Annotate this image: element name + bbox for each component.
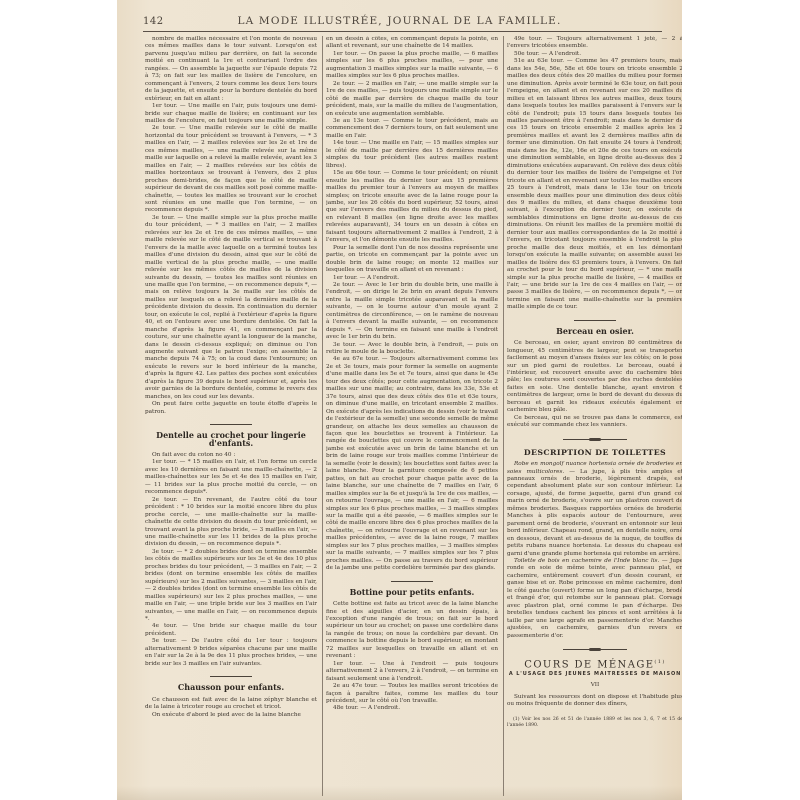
section-title-berceau: Berceau en osier. xyxy=(507,328,682,335)
section-divider xyxy=(391,581,433,582)
column-1: nombre de mailles nécessaire et l'on mon… xyxy=(145,36,317,796)
paragraph: 2e au 47e tour. — Toutes les mailles ser… xyxy=(326,683,498,705)
paragraph: Ce berceau, qui ne se trouve pas dans le… xyxy=(507,415,682,430)
paragraph: 2e tour. — 2 mailles en l'air, — une mai… xyxy=(326,81,498,118)
paragraph: 3e au 13e tour. — Comme le tour précéden… xyxy=(326,118,498,140)
paragraph: Ce berceau, en osier, ayant environ 80 c… xyxy=(507,340,682,415)
column-rule xyxy=(503,36,504,796)
paragraph: Ce chausson est fait avec de la laine zé… xyxy=(145,697,317,712)
section-number: VII xyxy=(507,682,682,689)
paragraph: 48e tour. — A l'endroit. xyxy=(326,705,498,712)
paragraph: On peut faire cette jaquette en toute ét… xyxy=(145,401,317,416)
text-columns: nombre de mailles nécessaire et l'on mon… xyxy=(145,36,663,796)
section-divider xyxy=(574,320,616,321)
paragraph: 2e tour. — Une maille relevée sur le côt… xyxy=(145,125,317,214)
paragraph: 1er tour. — * 15 mailles en l'air, et l'… xyxy=(145,459,317,496)
paragraph: Toilette de bois en cachemire de l'Inde … xyxy=(507,558,682,640)
column-2: en un dessin à côtes, en commençant depu… xyxy=(326,36,498,796)
paragraph: Cette bottine est faite au tricot avec d… xyxy=(326,601,498,661)
section-subtitle: A L'USAGE DES JEUNES MAITRESSES DE MAISO… xyxy=(507,671,682,678)
ornament-divider xyxy=(563,648,627,652)
paragraph: 50e tour. — A l'endroit. xyxy=(507,51,682,58)
italic-lead: Toilette de bois en cachemire de l'Inde … xyxy=(514,558,659,564)
paragraph: 51e au 63e tour. — Comme les 47 premiers… xyxy=(507,58,682,311)
header-rule xyxy=(143,31,662,32)
cours-title-text: COURS DE MÉNAGE xyxy=(524,659,654,670)
paragraph: 2e tour. — Avec le 1er brin du double br… xyxy=(326,282,498,342)
paragraph: 1er tour. — A l'endroit. xyxy=(326,275,498,282)
section-title-chausson: Chausson pour enfants. xyxy=(145,684,317,691)
paragraph: On fait avec du coton no 40 : xyxy=(145,452,317,459)
paragraph: 4e tour. — Une bride sur chaque maille d… xyxy=(145,623,317,638)
paragraph: 5e tour. — De l'autre côté du 1er tour :… xyxy=(145,638,317,668)
paragraph-text: — La jupe, à plis très amples et panneau… xyxy=(507,469,682,557)
paragraph: 14e tour. — Une maille en l'air, — 15 ma… xyxy=(326,140,498,170)
paragraph: 49e tour. — Toujours alternativement 1 j… xyxy=(507,36,682,51)
running-title: LA MODE ILLUSTRÉE, JOURNAL DE LA FAMILLE… xyxy=(117,15,682,27)
paragraph: 1er tour. — Une à l'endroit — puis toujo… xyxy=(326,661,498,683)
section-divider xyxy=(210,676,252,677)
ornament-divider xyxy=(563,438,627,442)
paragraph: 15e au 66e tour. — Comme le tour précéde… xyxy=(326,170,498,245)
section-title-toilettes: DESCRIPTION DE TOILETTES xyxy=(507,449,682,456)
newspaper-page: 142 LA MODE ILLUSTRÉE, JOURNAL DE LA FAM… xyxy=(117,0,682,800)
section-divider xyxy=(210,424,252,425)
section-title-cours: COURS DE MÉNAGE(1) xyxy=(507,659,682,669)
page-bottom-shadow xyxy=(117,786,682,800)
footnote-marker: (1) xyxy=(654,659,665,665)
paragraph: On exécute d'abord le pied avec de la la… xyxy=(145,712,317,719)
column-rule xyxy=(322,36,323,796)
paragraph: 3e tour. — Une maille simple sur la plus… xyxy=(145,215,317,401)
paragraph: nombre de mailles nécessaire et l'on mon… xyxy=(145,36,317,103)
column-3: 49e tour. — Toujours alternativement 1 j… xyxy=(507,36,682,796)
paragraph: Robe en mongolf nuance hortensia ornée d… xyxy=(507,461,682,558)
section-title-bottine: Bottine pour petits enfants. xyxy=(326,589,498,596)
paragraph: Pour la semelle dont l'un de nos dessins… xyxy=(326,245,498,275)
paragraph: 1er tour. — On passe la plus proche mail… xyxy=(326,51,498,81)
paragraph-text: — Jupe ronde en soie de même teinte, ave… xyxy=(507,558,682,639)
paragraph: 3e tour. — Avec le double brin, à l'endr… xyxy=(326,342,498,357)
paragraph: 2e tour. — En revenant, de l'autre côté … xyxy=(145,497,317,549)
footnote: (1) Voir les nos 26 et 51 de l'année 188… xyxy=(507,717,682,729)
paragraph: 4e au 67e tour. — Toujours alternativeme… xyxy=(326,356,498,572)
paragraph: 1er tour. — Une maille en l'air, puis to… xyxy=(145,103,317,125)
section-title-dentelle: Dentelle au crochet pour lingerie d'enfa… xyxy=(145,432,317,447)
paragraph: en un dessin à côtes, en commençant depu… xyxy=(326,36,498,51)
page-header: 142 LA MODE ILLUSTRÉE, JOURNAL DE LA FAM… xyxy=(117,0,682,33)
paragraph: Suivant les ressources dont on dispose e… xyxy=(507,694,682,709)
paragraph: 3e tour. — * 2 doubles brides dont on te… xyxy=(145,549,317,624)
